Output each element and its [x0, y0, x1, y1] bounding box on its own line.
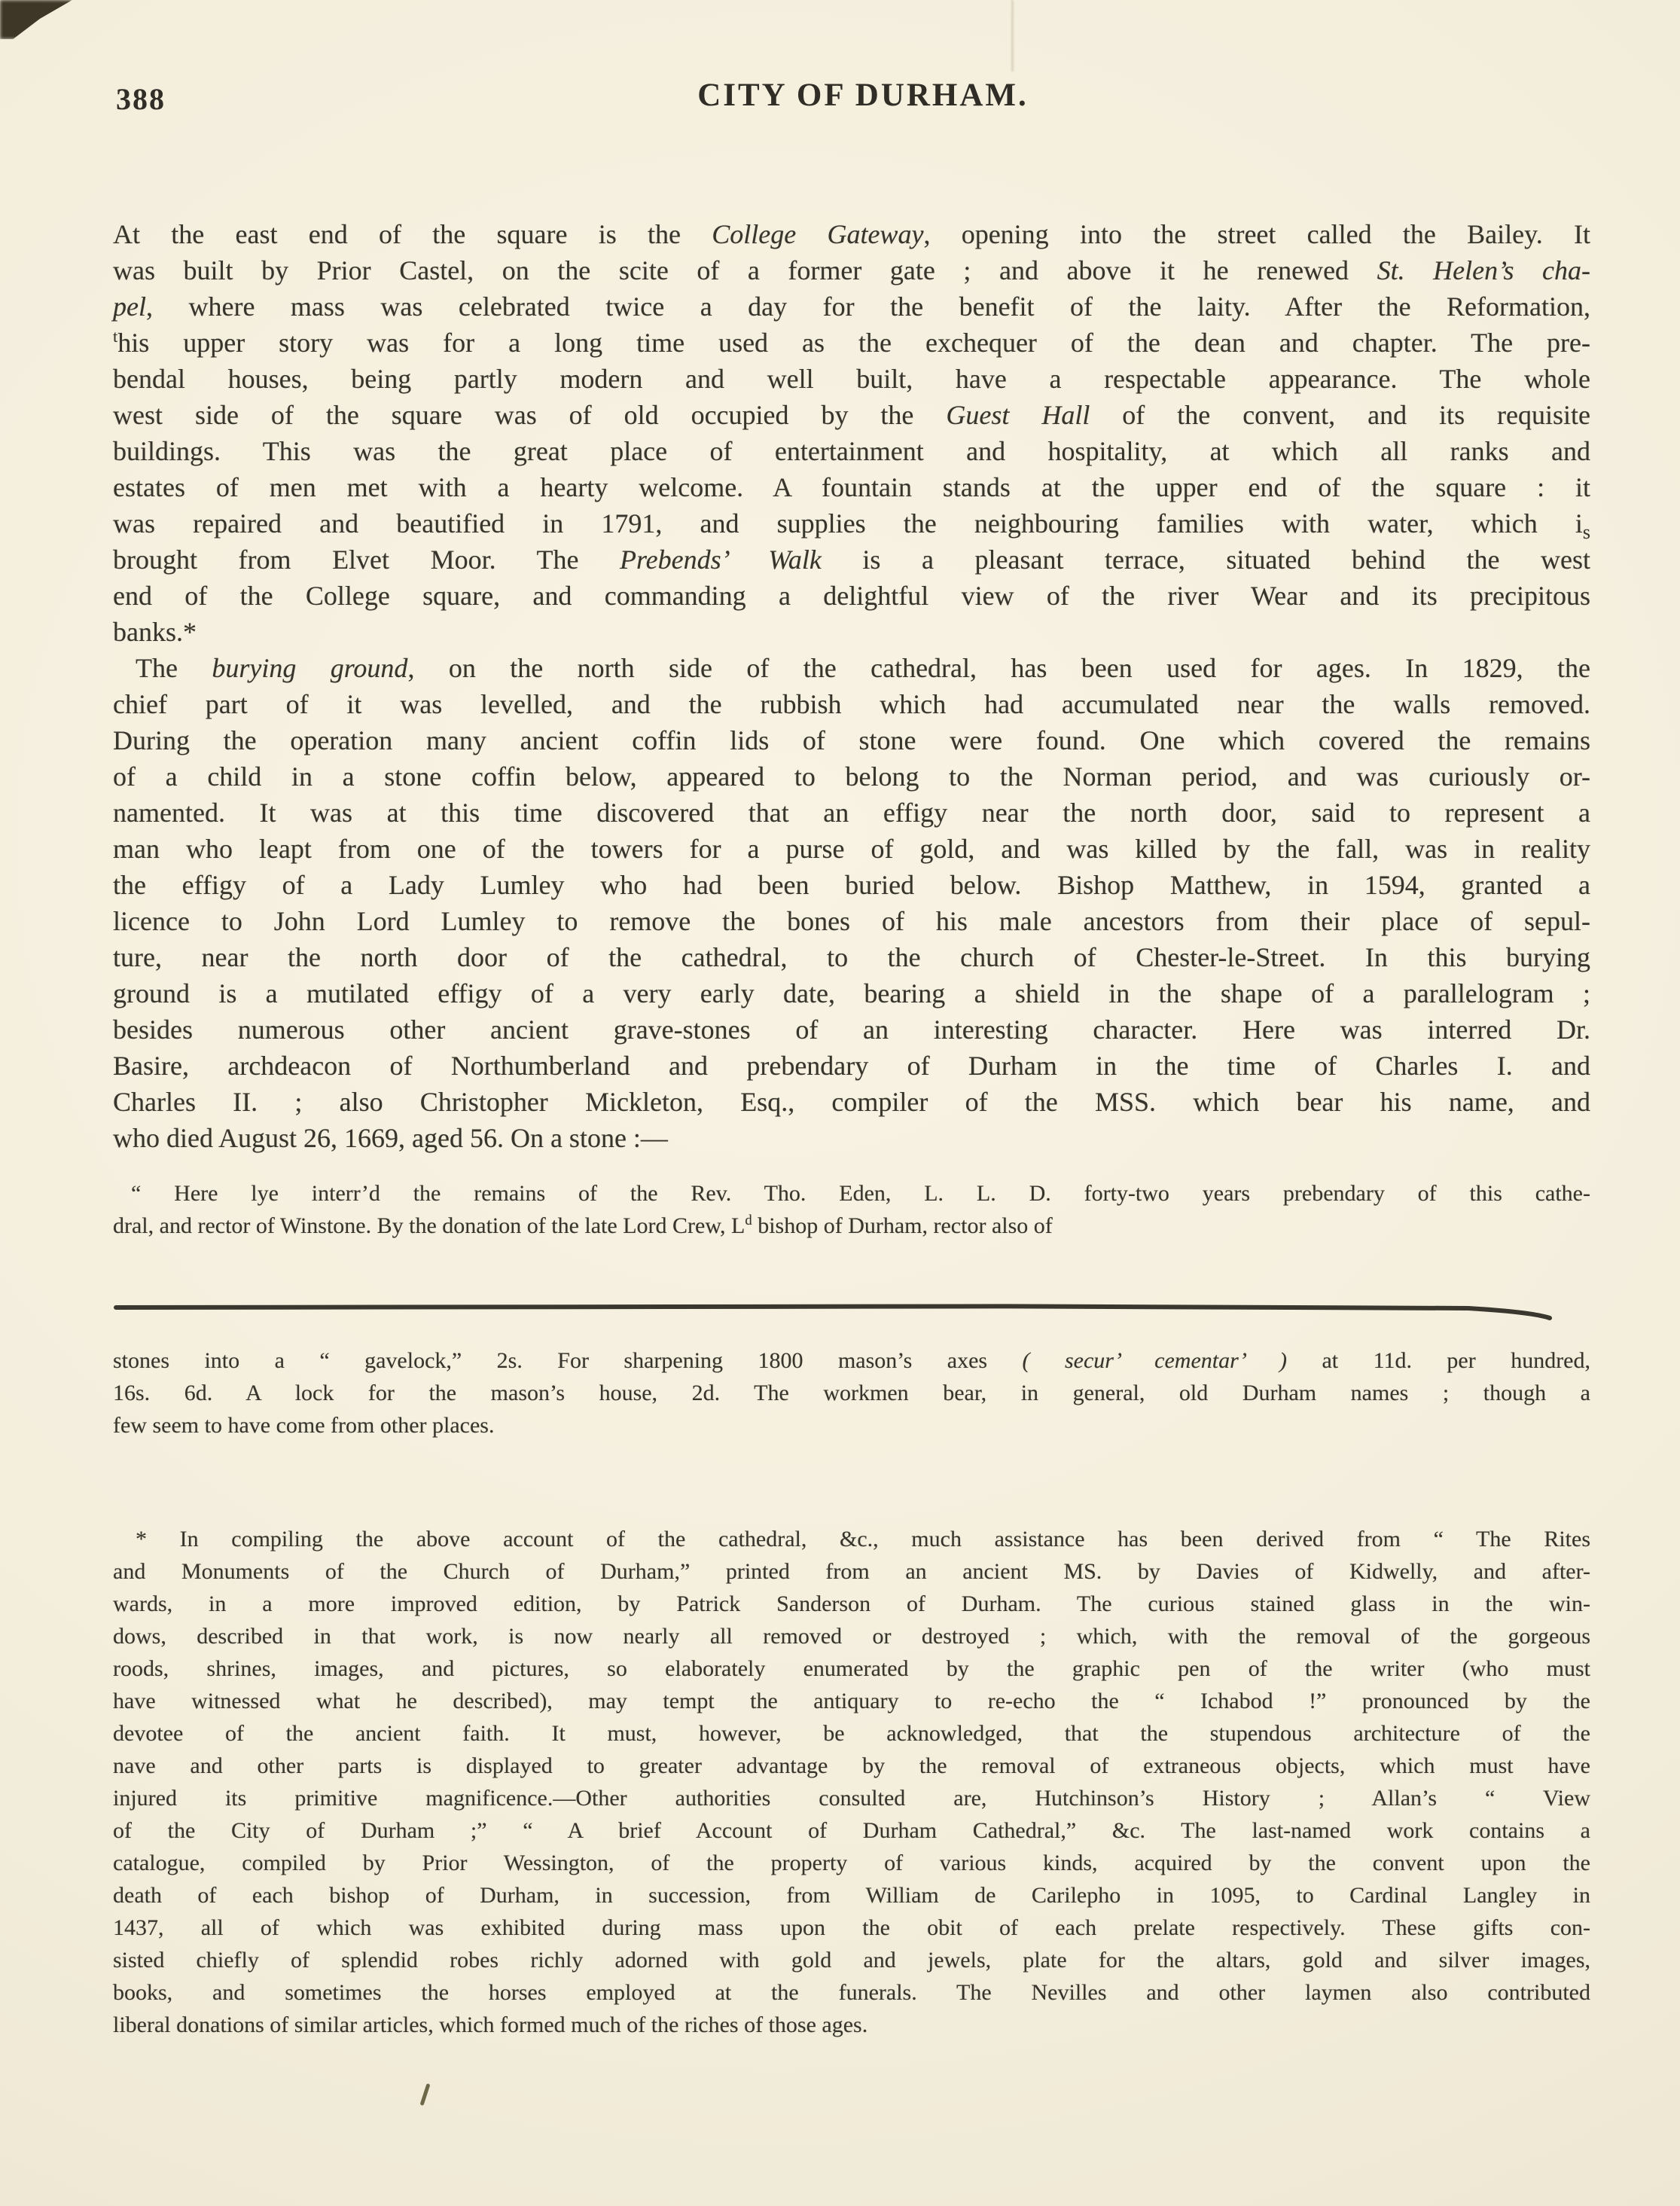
text-line: ground is a mutilated effigy of a very e…: [113, 975, 1590, 1011]
asterisk-footnote: * In compiling the above account of the …: [113, 1523, 1590, 2041]
text-line: pel, where mass was celebrated twice a d…: [113, 288, 1590, 325]
text-line: devotee of the ancient faith. It must, h…: [113, 1717, 1590, 1750]
text-line: bendal houses, being partly modern and w…: [113, 361, 1590, 397]
text-line: “ Here lye interr’d the remains of the R…: [113, 1177, 1590, 1210]
text-line: and Monuments of the Church of Durham,” …: [113, 1555, 1590, 1588]
text-line: estates of men met with a hearty welcome…: [113, 469, 1590, 505]
text-line: brought from Elvet Moor. The Prebends’ W…: [113, 542, 1590, 578]
text-line: besides numerous other ancient grave-sto…: [113, 1011, 1590, 1048]
text-line: of the City of Durham ;” “ A brief Accou…: [113, 1814, 1590, 1847]
text-segment-i: Prebends’ Walk: [620, 545, 822, 575]
text-line: who died August 26, 1669, aged 56. On a …: [113, 1120, 1590, 1156]
text-line: the effigy of a Lady Lumley who had been…: [113, 867, 1590, 903]
paragraph-burying-ground: The burying ground, on the north side of…: [113, 650, 1590, 1156]
page-header: 388 CITY OF DURHAM.: [113, 77, 1590, 122]
text-line: 16s. 6d. A lock for the mason’s house, 2…: [113, 1377, 1590, 1409]
text-line: At the east end of the square is the Col…: [113, 216, 1590, 252]
text-line: dows, described in that work, is now nea…: [113, 1620, 1590, 1652]
text-line: stones into a “ gavelock,” 2s. For sharp…: [113, 1344, 1590, 1377]
text-line: west side of the square was of old occup…: [113, 397, 1590, 433]
text-segment-i: College Gateway: [712, 219, 923, 249]
text-line: nave and other parts is displayed to gre…: [113, 1750, 1590, 1782]
text-line: this upper story was for a long time use…: [113, 325, 1590, 361]
text-line: roods, shrines, images, and pictures, so…: [113, 1652, 1590, 1685]
text-line: sisted chiefly of splendid robes richly …: [113, 1944, 1590, 1976]
text-line: was built by Prior Castel, on the scite …: [113, 252, 1590, 288]
inscription-quote: “ Here lye interr’d the remains of the R…: [113, 1177, 1590, 1242]
text-segment-sup: t: [113, 327, 117, 346]
footnote-continuation: stones into a “ gavelock,” 2s. For sharp…: [113, 1344, 1590, 1442]
text-line: licence to John Lord Lumley to remove th…: [113, 903, 1590, 939]
text-segment-sub: s: [1583, 521, 1590, 543]
text-segment-sup: d: [745, 1213, 752, 1228]
text-segment-i: burying ground: [212, 653, 407, 683]
text-line: liberal donations of similar articles, w…: [113, 2009, 1590, 2041]
text-line: few seem to have come from other places.: [113, 1409, 1590, 1442]
ink-speck: [419, 2083, 430, 2106]
text-line: banks.*: [113, 614, 1590, 650]
paragraph-college-gateway: At the east end of the square is the Col…: [113, 216, 1590, 650]
text-column: At the east end of the square is the Col…: [113, 216, 1590, 2041]
page-corner-stain: [0, 0, 72, 39]
text-line: dral, and rector of Winstone. By the don…: [113, 1210, 1590, 1242]
text-line: of a child in a stone coffin below, appe…: [113, 758, 1590, 795]
text-line: During the operation many ancient coffin…: [113, 722, 1590, 758]
text-line: wards, in a more improved edition, by Pa…: [113, 1588, 1590, 1620]
page: 388 CITY OF DURHAM. At the east end of t…: [0, 0, 1680, 2206]
footnote-rule: [113, 1301, 1590, 1320]
text-line: 1437, all of which was exhibited during …: [113, 1912, 1590, 1944]
text-line: catalogue, compiled by Prior Wessington,…: [113, 1847, 1590, 1879]
footnote-rule-line: [113, 1301, 1590, 1320]
text-line: namented. It was at this time discovered…: [113, 795, 1590, 831]
text-line: * In compiling the above account of the …: [113, 1523, 1590, 1555]
text-line: buildings. This was the great place of e…: [113, 433, 1590, 469]
text-line: death of each bishop of Durham, in succe…: [113, 1879, 1590, 1912]
running-title: CITY OF DURHAM.: [113, 77, 1590, 114]
text-line: Charles II. ; also Christopher Mickleton…: [113, 1084, 1590, 1120]
text-segment-i: ( secur’ cementar’ ): [1023, 1348, 1288, 1373]
text-line: The burying ground, on the north side of…: [113, 650, 1590, 686]
text-segment-i: St. Helen’s cha-: [1377, 255, 1590, 285]
text-line: books, and sometimes the horses employed…: [113, 1976, 1590, 2009]
text-line: chief part of it was levelled, and the r…: [113, 686, 1590, 722]
page-number: 388: [116, 81, 166, 117]
text-segment-i: Guest Hall: [946, 400, 1090, 430]
text-line: ture, near the north door of the cathedr…: [113, 939, 1590, 975]
text-line: have witnessed what he described), may t…: [113, 1685, 1590, 1717]
text-line: injured its primitive magnificence.—Othe…: [113, 1782, 1590, 1814]
paper-crease: [1011, 0, 1014, 72]
text-line: man who leapt from one of the towers for…: [113, 831, 1590, 867]
text-line: was repaired and beautified in 1791, and…: [113, 505, 1590, 542]
text-line: Basire, archdeacon of Northumberland and…: [113, 1048, 1590, 1084]
text-segment-i: pel: [113, 291, 146, 322]
text-line: end of the College square, and commandin…: [113, 578, 1590, 614]
